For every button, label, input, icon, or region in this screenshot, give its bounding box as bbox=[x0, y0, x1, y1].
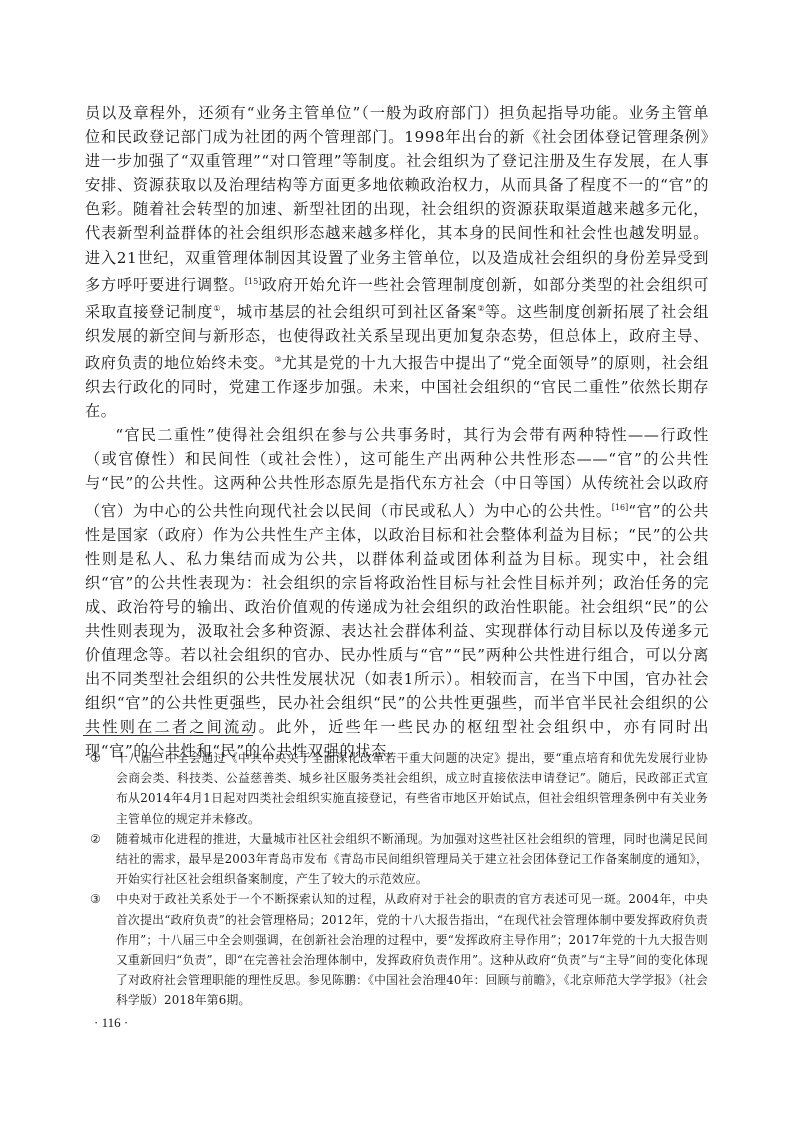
footnote-text: 十八届三中全会通过《中共中央关于全面深化改革若干重大问题的决定》提出，要“重点培… bbox=[116, 751, 708, 826]
footnotes: ① 十八届三中全会通过《中共中央关于全面深化改革若干重大问题的决定》提出，要“重… bbox=[90, 748, 708, 1011]
footnote-text: 随着城市化进程的推进，大量城市社区社会组织不断涌现。为加强对这些社区社会组织的管… bbox=[116, 832, 708, 886]
footnote-3: ③ 中央对于政社关系处于一个不断探索认知的过程，从政府对于社会的职责的官方表述可… bbox=[90, 889, 708, 1010]
citation-ref: [15] bbox=[245, 277, 261, 286]
paragraph-2: “官民二重性”使得社会组织在参与公共事务时，其行为会带有两种特性——行政性（或官… bbox=[85, 423, 709, 763]
footnote-marker: ① bbox=[90, 748, 101, 768]
footnote-2: ② 随着城市化进程的推进，大量城市社区社会组织不断涌现。为加强对这些社区社会组织… bbox=[90, 829, 708, 890]
para-text: ，城市基层的社会组织可到社区备案 bbox=[221, 303, 478, 321]
footnote-ref[interactable]: ① bbox=[213, 304, 220, 313]
main-body: 员以及章程外，还须有“业务主管单位”（一般为政府部门）担负起指导功能。业务主管单… bbox=[85, 101, 709, 764]
paragraph-1: 员以及章程外，还须有“业务主管单位”（一般为政府部门）担负起指导功能。业务主管单… bbox=[85, 101, 709, 423]
footnote-marker: ③ bbox=[90, 889, 101, 909]
footnote-text: 中央对于政社关系处于一个不断探索认知的过程，从政府对于社会的职责的官方表述可见一… bbox=[116, 892, 708, 1007]
footnote-divider bbox=[83, 735, 253, 736]
footnote-1: ① 十八届三中全会通过《中共中央关于全面深化改革若干重大问题的决定》提出，要“重… bbox=[90, 748, 708, 829]
para-text: 员以及章程外，还须有“业务主管单位”（一般为政府部门）担负起指导功能。业务主管单… bbox=[85, 104, 709, 294]
citation-ref: [16] bbox=[612, 503, 628, 512]
footnote-ref[interactable]: ③ bbox=[275, 355, 282, 364]
footnote-ref[interactable]: ② bbox=[477, 304, 484, 313]
page-number: · 116 · bbox=[94, 1015, 128, 1031]
para-text: “官”的公共性是国家（政府）作为公共性生产主体，以政治目标和社会整体利益为目标；… bbox=[85, 502, 709, 761]
footnote-marker: ② bbox=[90, 829, 101, 849]
